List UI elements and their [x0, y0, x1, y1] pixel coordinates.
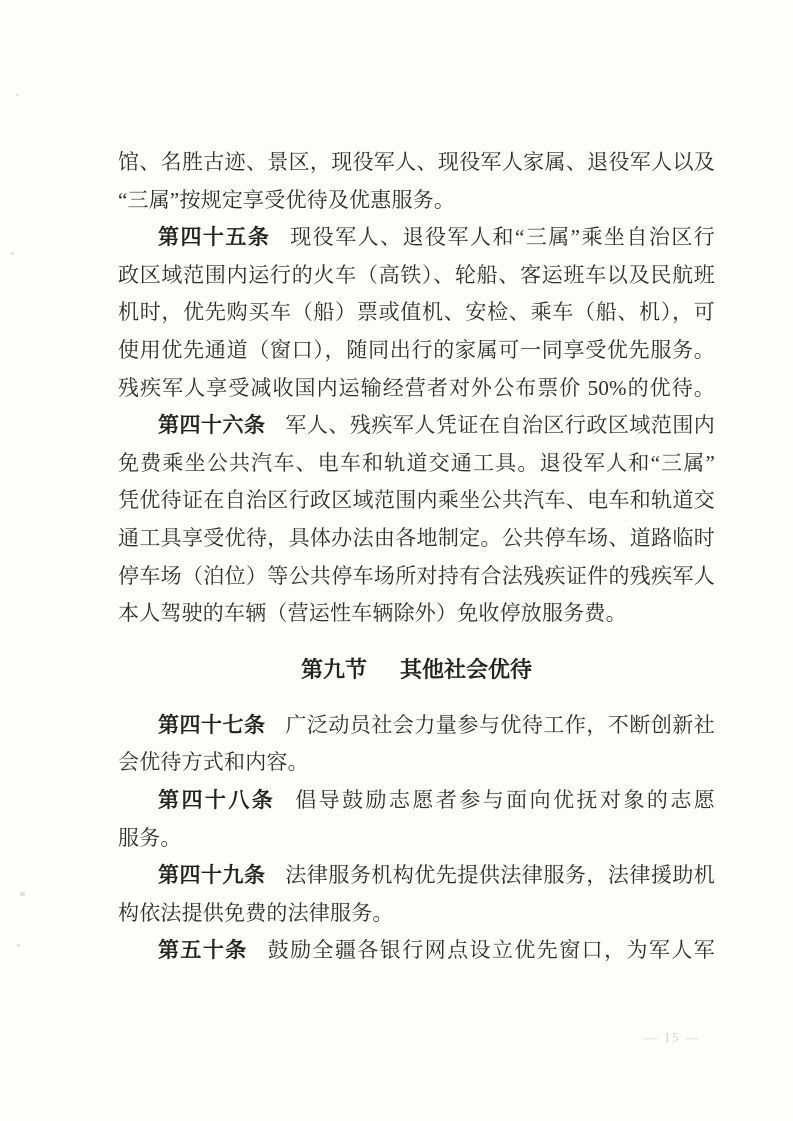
text-line: 第四十八条倡导鼓励志愿者参与面向优抚对象的志愿: [118, 782, 715, 820]
article-number: 第四十七条: [158, 714, 265, 737]
text-line: 残疾军人享受减收国内运输经营者对外公布票价 50%的优待。: [118, 370, 715, 408]
text-line: 第五十条鼓励全疆各银行网点设立优先窗口，为军人军: [118, 932, 715, 970]
scan-speck: [353, 377, 356, 379]
article-number: 第四十八条: [158, 789, 275, 812]
paragraph-article-47: 第四十七条广泛动员社会力量参与优待工作，不断创新社 会优待方式和内容。: [118, 707, 715, 782]
text-line: 第四十六条军人、残疾军人凭证在自治区行政区域范围内: [118, 407, 715, 445]
text-line: 构依法提供免费的法律服务。: [118, 895, 715, 933]
text-line: 凭优待证在自治区行政区域范围内乘坐公共汽车、电车和轨道交: [118, 482, 715, 520]
text-line: 停车场（泊位）等公共停车场所对持有合法残疾证件的残疾军人: [118, 558, 715, 596]
text-line: 第四十七条广泛动员社会力量参与优待工作，不断创新社: [118, 707, 715, 745]
scan-speck: [16, 94, 19, 96]
text-line: 服务。: [118, 820, 715, 858]
document-body: 馆、名胜古迹、景区，现役军人、现役军人家属、退役军人以及 “三属”按规定享受优待…: [118, 144, 715, 970]
text-line: “三属”按规定享受优待及优惠服务。: [118, 182, 715, 220]
text-line: 第四十五条现役军人、退役军人和“三属”乘坐自治区行: [118, 219, 715, 257]
paragraph-article-48: 第四十八条倡导鼓励志愿者参与面向优抚对象的志愿 服务。: [118, 782, 715, 857]
text-line: 政区域范围内运行的火车（高铁）、轮船、客运班车以及民航班: [118, 257, 715, 295]
paragraph-article-49: 第四十九条法律服务机构优先提供法律服务，法律援助机 构依法提供免费的法律服务。: [118, 857, 715, 932]
text-line: 本人驾驶的车辆（营运性车辆除外）免收停放服务费。: [118, 595, 715, 633]
text-line: 机时，优先购买车（船）票或值机、安检、乘车（船、机），可: [118, 294, 715, 332]
section-heading: 第九节其他社会优待: [118, 651, 715, 689]
text-line: 免费乘坐公共汽车、电车和轨道交通工具。退役军人和“三属”: [118, 445, 715, 483]
text-line: 馆、名胜古迹、景区，现役军人、现役军人家属、退役军人以及: [118, 144, 715, 182]
article-text: 广泛动员社会力量参与优待工作，不断创新社: [285, 713, 715, 737]
page-number: — 15 —: [626, 1029, 718, 1047]
scan-speck: [20, 892, 25, 896]
article-text: 现役军人、退役军人和“三属”乘坐自治区行: [290, 225, 715, 249]
article-number: 第四十六条: [158, 414, 265, 437]
paragraph-article-46: 第四十六条军人、残疾军人凭证在自治区行政区域范围内 免费乘坐公共汽车、电车和轨道…: [118, 407, 715, 633]
text-line: 通工具享受优待，具体办法由各地制定。公共停车场、道路临时: [118, 520, 715, 558]
article-number: 第四十五条: [158, 226, 270, 249]
article-number: 第五十条: [158, 939, 248, 962]
section-number: 第九节: [301, 657, 367, 682]
article-text: 军人、残疾军人凭证在自治区行政区域范围内: [285, 413, 715, 437]
article-text: 倡导鼓励志愿者参与面向优抚对象的志愿: [295, 788, 715, 812]
paragraph-article-50: 第五十条鼓励全疆各银行网点设立优先窗口，为军人军: [118, 932, 715, 970]
text-line: 使用优先通道（窗口），随同出行的家属可一同享受优先服务。: [118, 332, 715, 370]
scan-speck: [17, 944, 20, 947]
article-text: 鼓励全疆各银行网点设立优先窗口，为军人军: [268, 938, 715, 962]
paragraph-continuation: 馆、名胜古迹、景区，现役军人、现役军人家属、退役军人以及 “三属”按规定享受优待…: [118, 144, 715, 219]
paragraph-article-45: 第四十五条现役军人、退役军人和“三属”乘坐自治区行 政区域范围内运行的火车（高铁…: [118, 219, 715, 407]
text-line: 会优待方式和内容。: [118, 744, 715, 782]
section-title: 其他社会优待: [400, 657, 532, 682]
article-number: 第四十九条: [158, 864, 265, 887]
scan-speck: [11, 252, 14, 255]
article-text: 法律服务机构优先提供法律服务，法律援助机: [285, 863, 715, 887]
text-line: 第四十九条法律服务机构优先提供法律服务，法律援助机: [118, 857, 715, 895]
scanned-document-page: 馆、名胜古迹、景区，现役军人、现役军人家属、退役军人以及 “三属”按规定享受优待…: [0, 0, 793, 1121]
